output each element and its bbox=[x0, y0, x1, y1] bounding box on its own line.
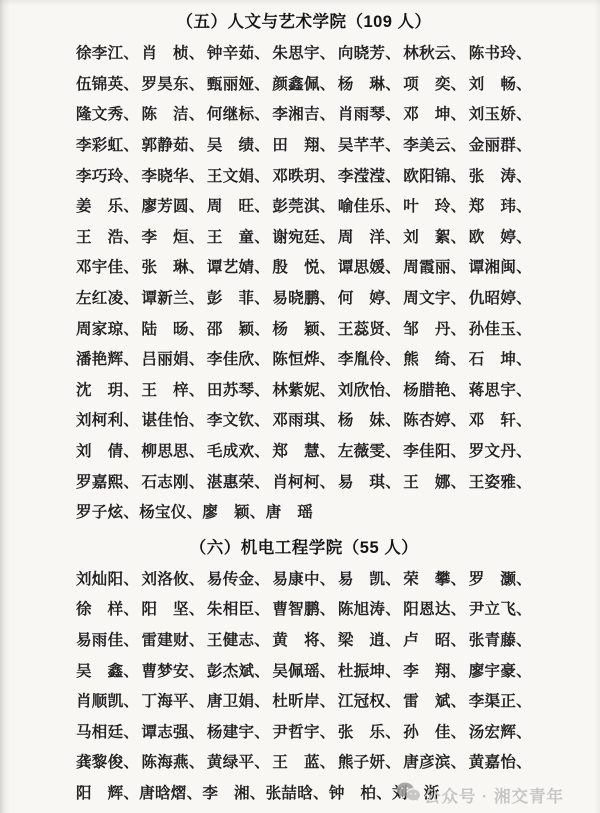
person-name: 殷 悦、 bbox=[272, 255, 335, 277]
person-name: 邓 轩、 bbox=[469, 408, 532, 430]
person-name: 周霞丽、 bbox=[403, 255, 466, 277]
person-name: 仇昭婷、 bbox=[469, 286, 532, 308]
person-name: 刘玉娇、 bbox=[469, 102, 532, 124]
name-row: 隆文秀、陈 洁、何继标、李湘吉、肖雨琴、邓 坤、刘玉娇、 bbox=[76, 98, 532, 129]
name-row: 徐 样、阳 坚、朱相臣、曹智鹏、陈旭涛、阳恩达、尹立飞、 bbox=[76, 593, 532, 624]
person-name: 肖雨琴、 bbox=[338, 102, 401, 124]
person-name: 李 翔、 bbox=[403, 659, 466, 681]
wechat-icon bbox=[396, 782, 420, 807]
name-list: 徐李江、肖 桢、钟辛茹、朱思宇、向晓芳、林秋云、陈书玲、伍锦英、罗昊东、甄丽娅、… bbox=[76, 37, 532, 527]
person-name: 曹梦安、 bbox=[141, 659, 204, 681]
name-row: 肖顺凯、丁海平、唐卫娟、杜昕岸、江冠权、雷 斌、李渠正、 bbox=[76, 685, 532, 716]
person-name: 易雨佳、 bbox=[76, 628, 139, 650]
person-name: 谭艺婧、 bbox=[207, 255, 270, 277]
person-name: 周 旺、 bbox=[207, 194, 270, 216]
person-name: 朱相臣、 bbox=[207, 597, 270, 619]
person-name: 毛成欢、 bbox=[207, 439, 270, 461]
name-row: 龚黎俊、陈海燕、黄绿平、王 蓝、熊子妍、唐彦滨、黄嘉怡、 bbox=[76, 746, 532, 777]
name-row: 徐李江、肖 桢、钟辛茹、朱思宇、向晓芳、林秋云、陈书玲、 bbox=[76, 37, 532, 68]
person-name: 周 洋、 bbox=[338, 225, 401, 247]
person-name: 石 坤、 bbox=[469, 347, 532, 369]
person-name: 梁 逍、 bbox=[338, 628, 401, 650]
person-name: 杜振坤、 bbox=[338, 659, 401, 681]
person-name: 杜昕岸、 bbox=[272, 689, 335, 711]
person-name: 潘艳辉、 bbox=[76, 347, 139, 369]
person-name: 杨腊艳、 bbox=[403, 378, 466, 400]
person-name: 邓 坤、 bbox=[403, 102, 466, 124]
person-name: 湛惠荣、 bbox=[207, 470, 270, 492]
person-name: 易晓鹏、 bbox=[272, 286, 335, 308]
person-name: 孙佳玉、 bbox=[469, 317, 532, 339]
person-name: 廖芳圆、 bbox=[141, 194, 204, 216]
section-heading: （六）机电工程学院（55 人） bbox=[76, 533, 532, 563]
name-row: 左红凌、谭新兰、彭 菲、易晓鹏、何 婷、周文宇、仇昭婷、 bbox=[76, 282, 532, 313]
name-row: 刘灿阳、刘洛攸、易传金、易康中、易 凯、荣 攀、罗 灏、 bbox=[76, 563, 532, 594]
person-name: 龚黎俊、 bbox=[76, 750, 139, 772]
person-name: 彭杰斌、 bbox=[207, 659, 270, 681]
person-name: 刘 絮、 bbox=[403, 225, 466, 247]
person-name: 左红凌、 bbox=[76, 286, 139, 308]
person-name: 彭莞淇、 bbox=[272, 194, 335, 216]
person-name: 尹哲宇、 bbox=[272, 720, 335, 742]
name-row: 马相廷、谭志强、杨建宇、尹哲宇、张 乐、孙 佳、汤宏辉、 bbox=[76, 715, 532, 746]
name-row: 潘艳辉、吕丽娟、李佳欣、陈恒烨、李胤伶、熊 绮、石 坤、 bbox=[76, 343, 532, 374]
person-name: 金丽群、 bbox=[469, 133, 532, 155]
person-name: 阳 辉、 bbox=[76, 781, 139, 803]
person-name: 唐 瑶 bbox=[266, 500, 313, 522]
person-name: 孙 佳、 bbox=[403, 720, 466, 742]
person-name: 项 奕、 bbox=[403, 72, 466, 94]
document-page: （五）人文与艺术学院（109 人） 徐李江、肖 桢、钟辛茹、朱思宇、向晓芳、林秋… bbox=[0, 0, 600, 807]
name-row: 伍锦英、罗昊东、甄丽娅、颜鑫佩、杨 琳、项 奕、刘 畅、 bbox=[76, 68, 532, 99]
person-name: 欧阳锦、 bbox=[403, 164, 466, 186]
person-name: 叶 玲、 bbox=[403, 194, 466, 216]
person-name: 何 婷、 bbox=[338, 286, 401, 308]
person-name: 吕丽娟、 bbox=[141, 347, 204, 369]
person-name: 马相廷、 bbox=[76, 720, 139, 742]
person-name: 谌佳怡、 bbox=[141, 408, 204, 430]
person-name: 徐李江、 bbox=[76, 41, 139, 63]
person-name: 吴芊芊、 bbox=[338, 133, 401, 155]
person-name: 郑 慧、 bbox=[272, 439, 335, 461]
person-name: 肖顺凯、 bbox=[76, 689, 139, 711]
person-name: 田 翔、 bbox=[272, 133, 335, 155]
person-name: 谭新兰、 bbox=[141, 286, 204, 308]
name-row: 沈 玥、王 梓、田苏琴、林紫妮、刘欣怡、杨腊艳、蒋思宇、 bbox=[76, 374, 532, 405]
person-name: 谭志强、 bbox=[141, 720, 204, 742]
person-name: 周家琼、 bbox=[76, 317, 139, 339]
person-name: 王健志、 bbox=[207, 628, 270, 650]
person-name: 易传金、 bbox=[207, 567, 270, 589]
person-name: 石志刚、 bbox=[141, 470, 204, 492]
person-name: 易康中、 bbox=[272, 567, 335, 589]
person-name: 卢 昭、 bbox=[403, 628, 466, 650]
person-name: 罗文丹、 bbox=[469, 439, 532, 461]
person-name: 易 琪、 bbox=[338, 470, 401, 492]
person-name: 李佳阳、 bbox=[403, 439, 466, 461]
person-name: 田苏琴、 bbox=[207, 378, 270, 400]
person-name: 沈 玥、 bbox=[76, 378, 139, 400]
person-name: 李湘吉、 bbox=[272, 102, 335, 124]
person-name: 陈旭涛、 bbox=[338, 597, 401, 619]
person-name: 王 浩、 bbox=[76, 225, 139, 247]
person-name: 邵 颖、 bbox=[207, 317, 270, 339]
person-name: 李文钦、 bbox=[207, 408, 270, 430]
name-row: 王 浩、李 烜、王 童、谢宛廷、周 洋、刘 絮、欧 婷、 bbox=[76, 221, 532, 252]
person-name: 朱思宇、 bbox=[272, 41, 335, 63]
person-name: 刘柯利、 bbox=[76, 408, 139, 430]
name-row: 刘 倩、柳思思、毛成欢、郑 慧、左薇雯、李佳阳、罗文丹、 bbox=[76, 435, 532, 466]
person-name: 唐卫娟、 bbox=[207, 689, 270, 711]
person-name: 甄丽娅、 bbox=[207, 72, 270, 94]
person-name: 廖宇豪、 bbox=[469, 659, 532, 681]
person-name: 李滢滢、 bbox=[338, 164, 401, 186]
person-name: 阳恩达、 bbox=[403, 597, 466, 619]
person-name: 隆文秀、 bbox=[76, 102, 139, 124]
person-name: 易 凯、 bbox=[338, 567, 401, 589]
person-name: 李佳欣、 bbox=[207, 347, 270, 369]
person-name: 唐晗熠、 bbox=[139, 781, 202, 803]
person-name: 李晓华、 bbox=[141, 164, 204, 186]
person-name: 柳思思、 bbox=[141, 439, 204, 461]
person-name: 谭湘闽、 bbox=[469, 255, 532, 277]
person-name: 熊子妍、 bbox=[338, 750, 401, 772]
person-name: 陈海燕、 bbox=[141, 750, 204, 772]
person-name: 刘灿阳、 bbox=[76, 567, 139, 589]
person-name: 张青藤、 bbox=[469, 628, 532, 650]
person-name: 曹智鹏、 bbox=[272, 597, 335, 619]
person-name: 李彩虹、 bbox=[76, 133, 139, 155]
name-row: 吴 鑫、曹梦安、彭杰斌、吴佩瑶、杜振坤、李 翔、廖宇豪、 bbox=[76, 654, 532, 685]
person-name: 陆 旸、 bbox=[141, 317, 204, 339]
person-name: 荣 攀、 bbox=[403, 567, 466, 589]
person-name: 徐 样、 bbox=[76, 597, 139, 619]
person-name: 谭思媛、 bbox=[338, 255, 401, 277]
person-name: 王 蓝、 bbox=[272, 750, 335, 772]
person-name: 陈杏婷、 bbox=[403, 408, 466, 430]
person-name: 颜鑫佩、 bbox=[272, 72, 335, 94]
person-name: 何继标、 bbox=[207, 102, 270, 124]
person-name: 刘洛攸、 bbox=[141, 567, 204, 589]
person-name: 彭 菲、 bbox=[207, 286, 270, 308]
person-name: 王姿雅、 bbox=[469, 470, 532, 492]
person-name: 杨建宇、 bbox=[207, 720, 270, 742]
person-name: 陈恒烨、 bbox=[272, 347, 335, 369]
person-name: 杨 妹、 bbox=[338, 408, 401, 430]
name-row: 李彩虹、郭静茹、吴 绩、田 翔、吴芊芊、李美云、金丽群、 bbox=[76, 129, 532, 160]
person-name: 汤宏辉、 bbox=[469, 720, 532, 742]
person-name: 林秋云、 bbox=[403, 41, 466, 63]
person-name: 左薇雯、 bbox=[338, 439, 401, 461]
person-name: 张喆晗、 bbox=[266, 781, 329, 803]
person-name: 王 童、 bbox=[207, 225, 270, 247]
person-name: 罗昊东、 bbox=[141, 72, 204, 94]
person-name: 雷 斌、 bbox=[403, 689, 466, 711]
section-heading: （五）人文与艺术学院（109 人） bbox=[76, 7, 532, 37]
person-name: 林紫妮、 bbox=[272, 378, 335, 400]
person-name: 姜 乐、 bbox=[76, 194, 139, 216]
name-list: 刘灿阳、刘洛攸、易传金、易康中、易 凯、荣 攀、罗 灏、徐 样、阳 坚、朱相臣、… bbox=[76, 563, 532, 808]
person-name: 刘欣怡、 bbox=[338, 378, 401, 400]
person-name: 杨 颖、 bbox=[272, 317, 335, 339]
person-name: 钟 柏、 bbox=[329, 781, 392, 803]
person-name: 蒋思宇、 bbox=[469, 378, 532, 400]
person-name: 李巧玲、 bbox=[76, 164, 139, 186]
person-name: 邓雨琪、 bbox=[272, 408, 335, 430]
person-name: 罗子炫、 bbox=[76, 500, 139, 522]
person-name: 廖 颖、 bbox=[202, 500, 265, 522]
person-name: 吴佩瑶、 bbox=[272, 659, 335, 681]
person-name: 肖柯柯、 bbox=[272, 470, 335, 492]
person-name: 江冠权、 bbox=[338, 689, 401, 711]
person-name: 黄绿平、 bbox=[207, 750, 270, 772]
person-name: 伍锦英、 bbox=[76, 72, 139, 94]
watermark-text: 公众号 · 湘交青年 bbox=[424, 783, 564, 807]
person-name: 杨宝仪、 bbox=[139, 500, 202, 522]
person-name: 李美云、 bbox=[403, 133, 466, 155]
person-name: 郑 玮、 bbox=[469, 194, 532, 216]
name-row: 罗嘉熙、石志刚、湛惠荣、肖柯柯、易 琪、王 娜、王姿雅、 bbox=[76, 465, 532, 496]
name-row: 邓宇佳、张 琳、谭艺婧、殷 悦、谭思媛、周霞丽、谭湘闽、 bbox=[76, 251, 532, 282]
person-name: 吴 绩、 bbox=[207, 133, 270, 155]
person-name: 谢宛廷、 bbox=[272, 225, 335, 247]
name-row: 姜 乐、廖芳圆、周 旺、彭莞淇、喻佳乐、叶 玲、郑 玮、 bbox=[76, 190, 532, 221]
person-name: 尹立飞、 bbox=[469, 597, 532, 619]
person-name: 李胤伶、 bbox=[338, 347, 401, 369]
person-name: 黄 将、 bbox=[272, 628, 335, 650]
person-name: 邓宇佳、 bbox=[76, 255, 139, 277]
person-name: 王 梓、 bbox=[141, 378, 204, 400]
person-name: 喻佳乐、 bbox=[338, 194, 401, 216]
person-name: 欧 婷、 bbox=[469, 225, 532, 247]
name-row: 易雨佳、雷建财、王健志、黄 将、梁 逍、卢 昭、张青藤、 bbox=[76, 624, 532, 655]
person-name: 李 湘、 bbox=[202, 781, 265, 803]
person-name: 郭静茹、 bbox=[141, 133, 204, 155]
person-name: 王 娜、 bbox=[403, 470, 466, 492]
person-name: 李 烜、 bbox=[141, 225, 204, 247]
person-name: 周文宇、 bbox=[403, 286, 466, 308]
person-name: 李渠正、 bbox=[469, 689, 532, 711]
person-name: 刘 畅、 bbox=[469, 72, 532, 94]
person-name: 陈书玲、 bbox=[469, 41, 532, 63]
person-name: 陈 洁、 bbox=[141, 102, 204, 124]
person-name: 杨 琳、 bbox=[338, 72, 401, 94]
person-name: 肖 桢、 bbox=[141, 41, 204, 63]
person-name: 丁海平、 bbox=[141, 689, 204, 711]
name-row: 李巧玲、李晓华、王文娟、邓昳玥、李滢滢、欧阳锦、张 涛、 bbox=[76, 159, 532, 190]
person-name: 刘 倩、 bbox=[76, 439, 139, 461]
person-name: 罗 灏、 bbox=[469, 567, 532, 589]
person-name: 阳 坚、 bbox=[141, 597, 204, 619]
person-name: 熊 绮、 bbox=[403, 347, 466, 369]
person-name: 吴 鑫、 bbox=[76, 659, 139, 681]
watermark: 公众号 · 湘交青年 bbox=[396, 782, 564, 807]
person-name: 钟辛茹、 bbox=[207, 41, 270, 63]
person-name: 邓昳玥、 bbox=[272, 164, 335, 186]
person-name: 黄嘉怡、 bbox=[469, 750, 532, 772]
person-name: 王蕊贤、 bbox=[338, 317, 401, 339]
person-name: 张 涛、 bbox=[469, 164, 532, 186]
person-name: 向晓芳、 bbox=[338, 41, 401, 63]
name-row: 罗子炫、杨宝仪、廖 颖、唐 瑶 bbox=[76, 496, 532, 527]
person-name: 罗嘉熙、 bbox=[76, 470, 139, 492]
person-name: 张 乐、 bbox=[338, 720, 401, 742]
name-row: 刘柯利、谌佳怡、李文钦、邓雨琪、杨 妹、陈杏婷、邓 轩、 bbox=[76, 404, 532, 435]
person-name: 王文娟、 bbox=[207, 164, 270, 186]
person-name: 邹 丹、 bbox=[403, 317, 466, 339]
person-name: 张 琳、 bbox=[141, 255, 204, 277]
name-row: 周家琼、陆 旸、邵 颖、杨 颖、王蕊贤、邹 丹、孙佳玉、 bbox=[76, 312, 532, 343]
person-name: 唐彦滨、 bbox=[403, 750, 466, 772]
person-name: 雷建财、 bbox=[141, 628, 204, 650]
